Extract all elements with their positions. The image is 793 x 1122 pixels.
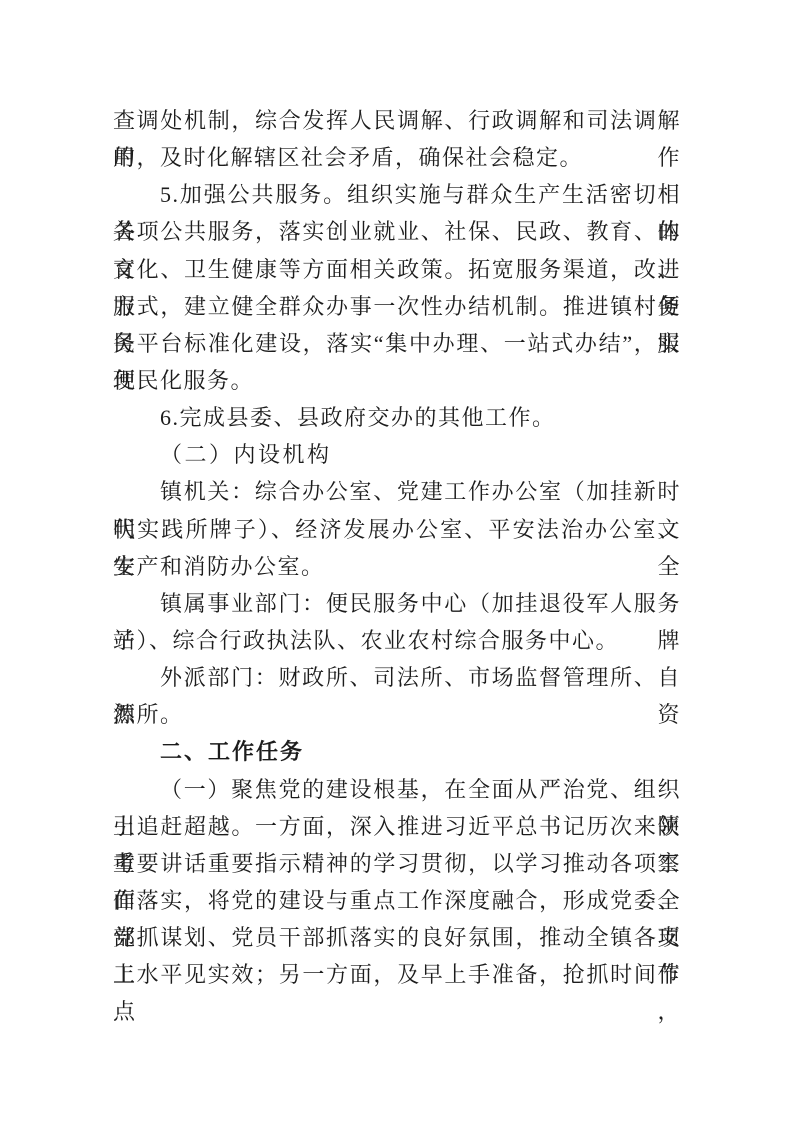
text-line: 查调处机制，综合发挥人民调解、行政调解和司法调解的作: [113, 102, 681, 139]
text-line: 部抓谋划、党员干部抓落实的良好氛围，推动全镇各项工作: [113, 919, 681, 956]
text-line-item-6: 6.完成县委、县政府交办的其他工作。: [113, 399, 681, 436]
text-line: 外派部门：财政所、司法所、市场监督管理所、自然资: [113, 659, 681, 696]
text-line: 镇属事业部门：便民服务中心（加挂退役军人服务站牌: [113, 585, 681, 622]
text-line: 子）、综合行政执法队、农业农村综合服务中心。: [113, 622, 681, 659]
text-line: 文化、卫生健康等方面相关政策。拓宽服务渠道，改进服务: [113, 251, 681, 288]
text-line: 上追赶超越。一方面，深入推进习近平总书记历次来陕考察: [113, 808, 681, 845]
text-line: 明实践所牌子）、经济发展办公室、平安法治办公室、安全: [113, 511, 681, 548]
document-text-block: 查调处机制，综合发挥人民调解、行政调解和司法调解的作 用，及时化解辖区社会矛盾，…: [113, 102, 681, 993]
text-line: 各项公共服务，落实创业就业、社保、民政、教育、体育、: [113, 213, 681, 250]
text-line: 方式，建立健全群众办事一次性办结机制。推进镇村便民服: [113, 288, 681, 325]
text-line: 面落实，将党的建设与重点工作深度融合，形成党委、党支: [113, 882, 681, 919]
text-line: 上水平见实效；另一方面，及早上手准备，抢抓时间节点，: [113, 956, 681, 993]
text-line: 务平台标准化建设，落实“集中办理、一站式办结”，实现: [113, 325, 681, 362]
text-line: 便民化服务。: [113, 362, 681, 399]
text-line: 镇机关：综合办公室、党建工作办公室（加挂新时代文: [113, 473, 681, 510]
document-page: 查调处机制，综合发挥人民调解、行政调解和司法调解的作 用，及时化解辖区社会矛盾，…: [0, 0, 793, 1122]
text-line-subsection-1: （一）聚焦党的建设根基，在全面从严治党、组织引领: [113, 771, 681, 808]
heading-work-tasks: 二、工作任务: [113, 733, 681, 770]
text-line: 重要讲话重要指示精神的学习贯彻，以学习推动各项工作全: [113, 845, 681, 882]
text-line-item-5: 5.加强公共服务。组织实施与群众生产生活密切相关的: [113, 176, 681, 213]
heading-internal-organs: （二）内设机构: [113, 436, 681, 473]
